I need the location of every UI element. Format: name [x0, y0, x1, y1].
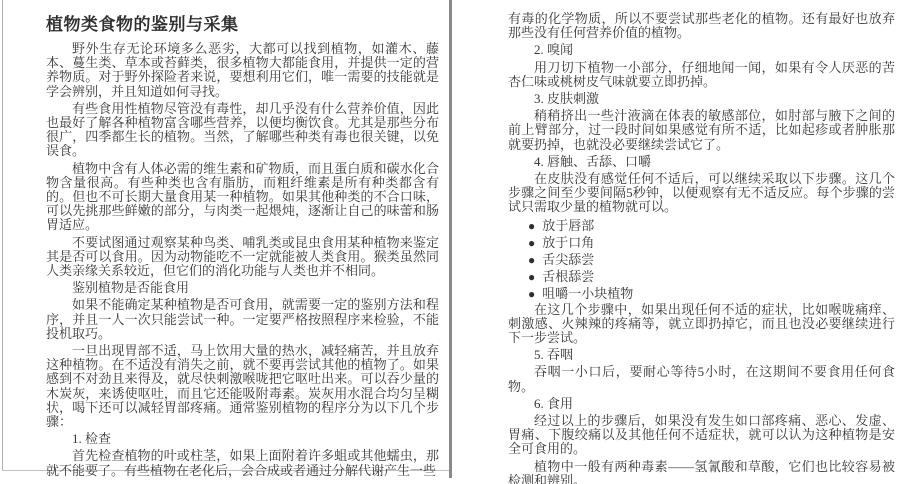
paragraph: 一旦出现胃部不适，马上饮用大量的热水，减轻痛苦，并且放弃这种植物。在不适没有消失…: [46, 344, 439, 429]
bullet-item: ●舌尖舔尝: [508, 252, 895, 268]
left-page: 植物类食物的鉴别与采集野外生存无论环境多么恶劣，大都可以找到植物，如灌木、藤本、…: [46, 10, 439, 481]
paragraph: 植物中含有人体必需的维生素和矿物质，而且蛋白质和碳水化合物含量很高。有些种类也含…: [46, 162, 439, 233]
paragraph: 在皮肤没有感觉任何不适后，可以继续采取以下步骤。这几个步骤之间至少要间隔5秒钟，…: [508, 172, 895, 215]
bullet-item: ●舌根舔尝: [508, 269, 895, 285]
bullet-item-label: 放于口角: [542, 235, 594, 250]
bullet-item: ●放于口角: [508, 235, 895, 251]
paragraph-continuation: 有毒的化学物质，所以不要尝试那些老化的植物。还有最好也放弃那些没有任何营养价值的…: [508, 12, 895, 40]
paragraph: 植物中一般有两种毒素——氢氰酸和草酸，它们也比较容易被检测和辨别。: [508, 460, 895, 484]
paragraph: 在这几个步骤中，如果出现任何不适的症状，比如喉咙痛痒、刺激感、火辣辣的疼痛等，就…: [508, 303, 895, 346]
page-frame-left-edge: [2, 0, 3, 471]
paragraph: 首先检查植物的叶或柱茎，如果上面附着许多蛆或其他蠕虫，那就不能要了。有些植物在老…: [46, 449, 439, 477]
bullet-icon: ●: [528, 253, 535, 268]
bullet-item: ●咀嚼一小块植物: [508, 286, 895, 302]
bullet-item-label: 放于唇部: [542, 218, 594, 233]
bullet-item-label: 舌尖舔尝: [542, 252, 594, 267]
paragraph: 稍稍挤出一些汁液滴在体表的敏感部位，如肘部与腋下之间的前上臂部分，过一段时间如果…: [508, 109, 895, 152]
bullet-item-label: 咀嚼一小块植物: [542, 286, 633, 301]
bullet-item-label: 舌根舔尝: [542, 269, 594, 284]
section-heading: 5. 吞咽: [508, 348, 895, 362]
paragraph: 用刀切下植物一小部分，仔细地闻一闻，如果有令人厌恶的苦杏仁味或桃树皮气味就要立即…: [508, 61, 895, 89]
paragraph: 不要试图通过观察某种鸟类、哺乳类或昆虫食用某种植物来鉴定其是否可以食用。因为动物…: [46, 236, 439, 279]
bullet-icon: ●: [528, 236, 535, 251]
bullet-icon: ●: [528, 219, 535, 234]
section-heading: 1. 检查: [46, 432, 439, 446]
section-heading: 3. 皮肤刺激: [508, 92, 895, 106]
right-page: 有毒的化学物质，所以不要尝试那些老化的植物。还有最好也放弃那些没有任何营养价值的…: [508, 12, 895, 484]
bullet-item: ●放于唇部: [508, 218, 895, 234]
section-heading: 6. 食用: [508, 397, 895, 411]
bullet-icon: ●: [528, 270, 535, 285]
section-heading: 4. 唇触、舌舔、口嚼: [508, 155, 895, 169]
page-gutter-divider: [449, 0, 452, 478]
paragraph: 野外生存无论环境多么恶劣，大都可以找到植物，如灌木、藤本、蔓生类、草本或苔藓类，…: [46, 42, 439, 99]
paragraph: 如果不能确定某种植物是否可食用，就需要一定的鉴别方法和程序，并且一人一次只能尝试…: [46, 298, 439, 341]
paragraph: 有些食用性植物尽管没有毒性，却几乎没有什么营养价值，因此也最好了解各种植物富含哪…: [46, 102, 439, 159]
section-heading: 2. 嗅闻: [508, 43, 895, 57]
paragraph: 经过以上的步骤后，如果没有发生如口部疼痛、恶心、发虚、胃痛、下腹绞痛以及其他任何…: [508, 414, 895, 457]
page-title: 植物类食物的鉴别与采集: [46, 10, 439, 35]
section-heading: 鉴别植物是否能食用: [46, 281, 439, 295]
paragraph: 吞咽一小口后，要耐心等待5小时，在这期间不要食用任何食物。: [508, 365, 895, 393]
book-reader: 植物类食物的鉴别与采集野外生存无论环境多么恶劣，大都可以找到植物，如灌木、藤本、…: [0, 0, 900, 484]
bullet-icon: ●: [528, 287, 535, 302]
